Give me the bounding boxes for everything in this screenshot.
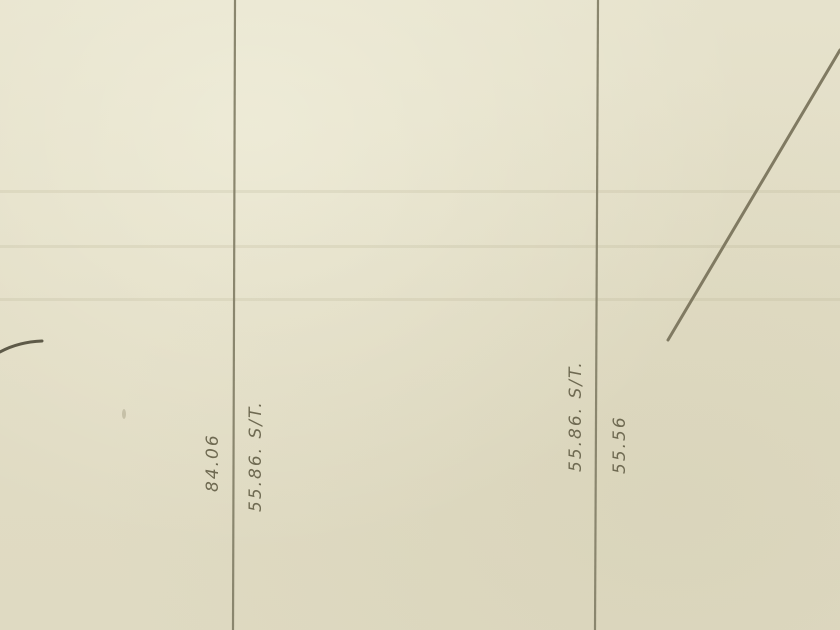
right-line-inner-label: 55.56	[612, 415, 629, 474]
right-line-outer-label: 55.86. S/T.	[568, 360, 585, 472]
plat-linework	[0, 0, 840, 630]
left-line-outer-label: 84.06	[205, 433, 222, 492]
arc-fragment	[0, 341, 42, 352]
paper-speck	[122, 409, 126, 419]
diagonal-boundary-line	[668, 50, 840, 340]
left-line-inner-label: 55.86. S/T.	[248, 400, 265, 512]
right-boundary-line	[595, 0, 598, 630]
left-boundary-line	[233, 0, 235, 630]
